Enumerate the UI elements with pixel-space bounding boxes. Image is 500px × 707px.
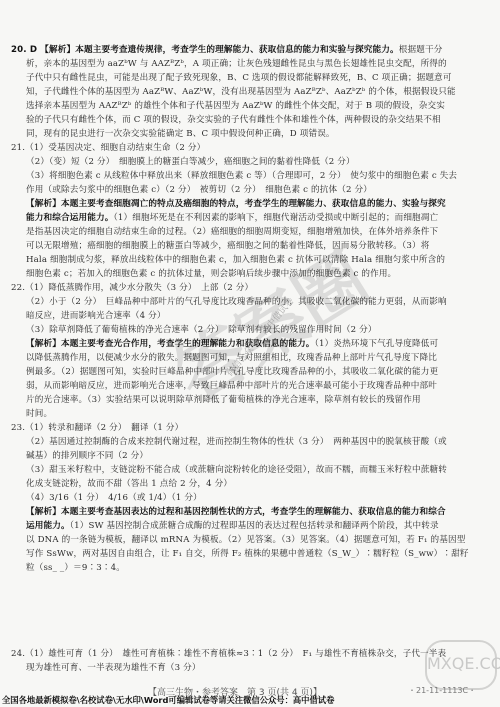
text-line: 弱，从而影响暗反应，进而影响光合速率，导致巨峰品种中部叶片的光合速率最可能小于玫… — [26, 380, 437, 392]
text-line: 作用（或除去匀浆中的细胞色素 c）（2 分） 被剪切（2 分） 细胞色素 c 的… — [26, 184, 372, 196]
line-text: 现为雄性可育、一半表现为雄性不育（3 分） — [26, 663, 201, 673]
line-text: （1）SW 基因控制合成蔗糖合成酶的过程即基因的表达过程包括转录和翻译两个阶段，… — [70, 521, 439, 531]
text-line: 运用能力。（1）SW 基因控制合成蔗糖合成酶的过程即基因的表达过程包括转录和翻译… — [26, 520, 439, 532]
text-line: 化成支链淀粉，故而不甜（答出 1 点给 2 分，4 分） — [26, 478, 232, 490]
text-line: 子代中只有雌性昆虫，可能是出现了配子致死现象，B、C 选项的假设都能解释致死，B… — [26, 72, 452, 84]
text-line: 片的光合速率。（3）实验结果可以说明除草剂降低了葡萄植株的净光合速率，除草剂有较… — [26, 394, 421, 406]
text-line: 24.（1）雄性可育（1 分） 雄性可育植株∶雄性不育植株≈3∶1（2 分） F… — [11, 648, 446, 660]
line-text: 是指基因决定的细胞自动结束生命的过程。（2）癌细胞的细胞周期变短，细胞增殖加快，… — [26, 227, 438, 237]
line-text: 作用（或除去匀浆中的细胞色素 c）（2 分） 被剪切（2 分） 细胞色素 c 的… — [26, 185, 372, 195]
text-line: （3）甜玉米籽粒中，支链淀粉不能合成（或蔗糖向淀粉转化的途径受阻），故而不糯，而… — [26, 464, 447, 476]
bold-analysis-label: 【解析】本题主要考查细胞凋亡的特点及癌细胞的特点，考查学生的理解能力、获取信息的… — [26, 199, 446, 209]
line-text: 选择亲本基因型为 AAZᴮZᵇ 的雄性个体和子代基因型为 AaZᵇW 的雌性个体… — [26, 101, 445, 111]
text-line: 22.（1）降低蒸腾作用，减少水分散失（3 分） 上部（2 分） — [11, 282, 253, 294]
line-text: （3）将细胞色素 c 从线粒体中释放出来（释放细胞色素 c 等）（合理即可，2 … — [26, 171, 457, 181]
text-line: （4）3/16（1 分） 4/16（或 1/4）（1 分） — [26, 492, 202, 504]
text-line: 碱基）的排列顺序不同（2 分） — [26, 450, 148, 462]
line-text: 细胞色素 c；若加入的细胞色素 c 的抗体过量，则会影响后续步骤中添加的细胞色素… — [26, 269, 396, 279]
line-text: 片的光合速率。（3）实验结果可以说明除草剂降低了葡萄植株的净光合速率，除草剂有较… — [26, 395, 421, 405]
line-text: （1）细胞坏死是在不利因素的影响下，细胞代谢活动受损或中断引起的；而细胞凋亡 — [113, 213, 438, 223]
line-text: 化成支链淀粉，故而不甜（答出 1 点给 2 分，4 分） — [26, 479, 232, 489]
line-text: 写作 SsWw，两对基因自由组合，让 F₁ 自交，所得 F₂ 植株的果穗中普通粒… — [26, 549, 469, 559]
text-line: （3）将细胞色素 c 从线粒体中释放出来（释放细胞色素 c 等）（合理即可，2 … — [26, 170, 457, 182]
text-line: 粒（ss_ _）＝9∶3∶4。 — [26, 562, 125, 574]
text-line: 【解析】本题主要考查细胞凋亡的特点及癌细胞的特点，考查学生的理解能力、获取信息的… — [26, 198, 446, 210]
line-text: 22.（1）降低蒸腾作用，减少水分散失（3 分） 上部（2 分） — [11, 283, 253, 293]
bold-analysis-label: 【解析】本题主要考查基因表达的过程和基因控制性状的方式，考查学生的理解能力、获取… — [26, 507, 446, 517]
line-text: （4）3/16（1 分） 4/16（或 1/4）（1 分） — [26, 493, 202, 503]
text-line: 写作 SsWw，两对基因自由组合，让 F₁ 自交，所得 F₂ 植株的果穗中普通粒… — [26, 548, 469, 560]
text-line: （2）（变）短（2 分） 细胞膜上的糖蛋白等减少，癌细胞之间的黏着性降低（2 分… — [26, 156, 355, 168]
line-text: 弱，从而影响暗反应，进而影响光合速率，导致巨峰品种中部叶片的光合速率最可能小于玫… — [26, 381, 437, 391]
line-text: 同，现有的昆虫进行一次杂交实验能确定 B、C 项中假设何种正确，D 项错误。 — [26, 129, 335, 139]
line-text: 子代中只有雌性昆虫，可能是出现了配子致死现象，B、C 选项的假设都能解释致死，B… — [26, 73, 452, 83]
bold-analysis-label: 【解析】本题主要考查光合作用，考查学生的理解能力和获取信息的能力。 — [26, 339, 315, 349]
text-line: 选择亲本基因型为 AAZᴮZᵇ 的雄性个体和子代基因型为 AaZᵇW 的雌性个体… — [26, 100, 445, 112]
text-line: 可以无限增殖；癌细胞的细胞膜上的糖蛋白等减少，癌细胞之间的黏着性降低，因而易分散… — [26, 240, 430, 252]
text-line: （2）基因通过控制酶的合成来控制代谢过程，进而控制生物体的性状（3 分） 两种基… — [26, 436, 447, 448]
text-line: 以 DNA 的一条链为模板，翻译以 mRNA 为模板。（2）见答案。（3）见答案… — [26, 534, 465, 546]
line-text: 析，亲本的基因型为 aaZᵇW 与 AAZᴮZᵇ，A 项正确；让灰色残翅雌性昆虫… — [26, 59, 447, 69]
line-text: （3）除草剂降低了葡萄植株的净光合速率（2 分） 除草剂有较长的残留作用时间（2… — [26, 325, 377, 335]
text-line: 时间。 — [26, 408, 52, 420]
text-line: 同，现有的昆虫进行一次杂交实验能确定 B、C 项中假设何种正确，D 项错误。 — [26, 128, 335, 140]
text-line: 细胞色素 c；若加入的细胞色素 c 的抗体过量，则会影响后续步骤中添加的细胞色素… — [26, 268, 396, 280]
text-line: 【解析】本题主要考查基因表达的过程和基因控制性状的方式，考查学生的理解能力、获取… — [26, 506, 446, 518]
line-text: 23.（1）转录和翻译（2 分） 翻译（1 分） — [11, 423, 183, 433]
text-line: Hala 细胞制成匀浆，释放出线粒体中的细胞色素 c，加入细胞色素 c 抗体可以… — [26, 254, 445, 266]
line-text: 验的子代只有雌性个体，而 C 项的假设，杂交实验的子代有雌性个体和雄性个体，两种… — [26, 115, 441, 125]
text-line: 现为雄性可育、一半表现为雄性不育（3 分） — [26, 662, 201, 674]
line-text: 知，子代雌性个体的基因型为 AaZᴮW、AaZᵇW，没有出现基因型为 AaZᴮZ… — [26, 87, 456, 97]
text-line: 知，子代雌性个体的基因型为 AaZᴮW、AaZᵇW，没有出现基因型为 AaZᴮZ… — [26, 86, 456, 98]
promo-footer: 全国各地最新模拟卷\名校试卷\无水印\Word可编辑试卷等请关注微信公众号：高中… — [2, 694, 334, 706]
text-line: 析，亲本的基因型为 aaZᵇW 与 AAZᴮZᵇ，A 项正确；让灰色残翅雌性昆虫… — [26, 58, 447, 70]
line-text: 21.（1）受基因决定、细胞自动结束生命（2 分） — [11, 143, 205, 153]
text-line: 暗反应，进而影响光合速率（4 分） — [26, 310, 166, 322]
text-line: 【解析】本题主要考查光合作用，考查学生的理解能力和获取信息的能力。（1）炎热环境… — [26, 338, 438, 350]
text-line: （3）除草剂降低了葡萄植株的净光合速率（2 分） 除草剂有较长的残留作用时间（2… — [26, 324, 377, 336]
line-text: 时间。 — [26, 409, 52, 419]
bold-analysis-label: 20. D 【解析】本题主要考查遗传规律，考查学生的理解能力、获取信息的能力和实… — [11, 45, 399, 55]
bold-analysis-label: 能力和综合运用能力。 — [26, 213, 113, 223]
text-line: 23.（1）转录和翻译（2 分） 翻译（1 分） — [11, 422, 183, 434]
bold-analysis-label: 运用能力。 — [26, 521, 70, 531]
corner-stamp-logo: MXQE.COM — [425, 640, 497, 690]
line-text: 以 DNA 的一条链为模板，翻译以 mRNA 为模板。（2）见答案。（3）见答案… — [26, 535, 465, 545]
text-line: 能力和综合运用能力。（1）细胞坏死是在不利因素的影响下，细胞代谢活动受损或中断引… — [26, 212, 438, 224]
line-text: （2）基因通过控制酶的合成来控制代谢过程，进而控制生物体的性状（3 分） 两种基… — [26, 437, 447, 447]
text-line: 验的子代只有雌性个体，而 C 项的假设，杂交实验的子代有雌性个体和雄性个体，两种… — [26, 114, 441, 126]
line-text: Hala 细胞制成匀浆，释放出线粒体中的细胞色素 c，加入细胞色素 c 抗体可以… — [26, 255, 445, 265]
line-text: （2）（变）短（2 分） 细胞膜上的糖蛋白等减少，癌细胞之间的黏着性降低（2 分… — [26, 157, 355, 167]
line-text: 碱基）的排列顺序不同（2 分） — [26, 451, 148, 461]
line-text: （3）甜玉米籽粒中，支链淀粉不能合成（或蔗糖向淀粉转化的途径受阻），故而不糯，而… — [26, 465, 447, 475]
text-line: 21.（1）受基因决定、细胞自动结束生命（2 分） — [11, 142, 205, 154]
line-text: 暗反应，进而影响光合速率（4 分） — [26, 311, 166, 321]
line-text: 根据题干分 — [399, 45, 443, 55]
line-text: （2）小于（2 分） 巨峰品种中部叶片的气孔导度比玫瑰香品种的小，其吸收二氧化碳… — [26, 297, 447, 307]
page-footer-code: ・21-11-1113C・ — [408, 685, 476, 696]
line-text: 可以无限增殖；癌细胞的细胞膜上的糖蛋白等减少，癌细胞之间的黏着性降低，因而易分散… — [26, 241, 430, 251]
text-line: 20. D 【解析】本题主要考查遗传规律，考查学生的理解能力、获取信息的能力和实… — [11, 44, 442, 56]
line-text: 粒（ss_ _）＝9∶3∶4。 — [26, 563, 125, 573]
line-text: （1）炎热环境下气孔导度降低可 — [315, 339, 439, 349]
text-line: （2）小于（2 分） 巨峰品种中部叶片的气孔导度比玫瑰香品种的小，其吸收二氧化碳… — [26, 296, 447, 308]
line-text: 24.（1）雄性可育（1 分） 雄性可育植株∶雄性不育植株≈3∶1（2 分） F… — [11, 649, 446, 659]
text-line: 是指基因决定的细胞自动结束生命的过程。（2）癌细胞的细胞周期变短，细胞增殖加快，… — [26, 226, 438, 238]
